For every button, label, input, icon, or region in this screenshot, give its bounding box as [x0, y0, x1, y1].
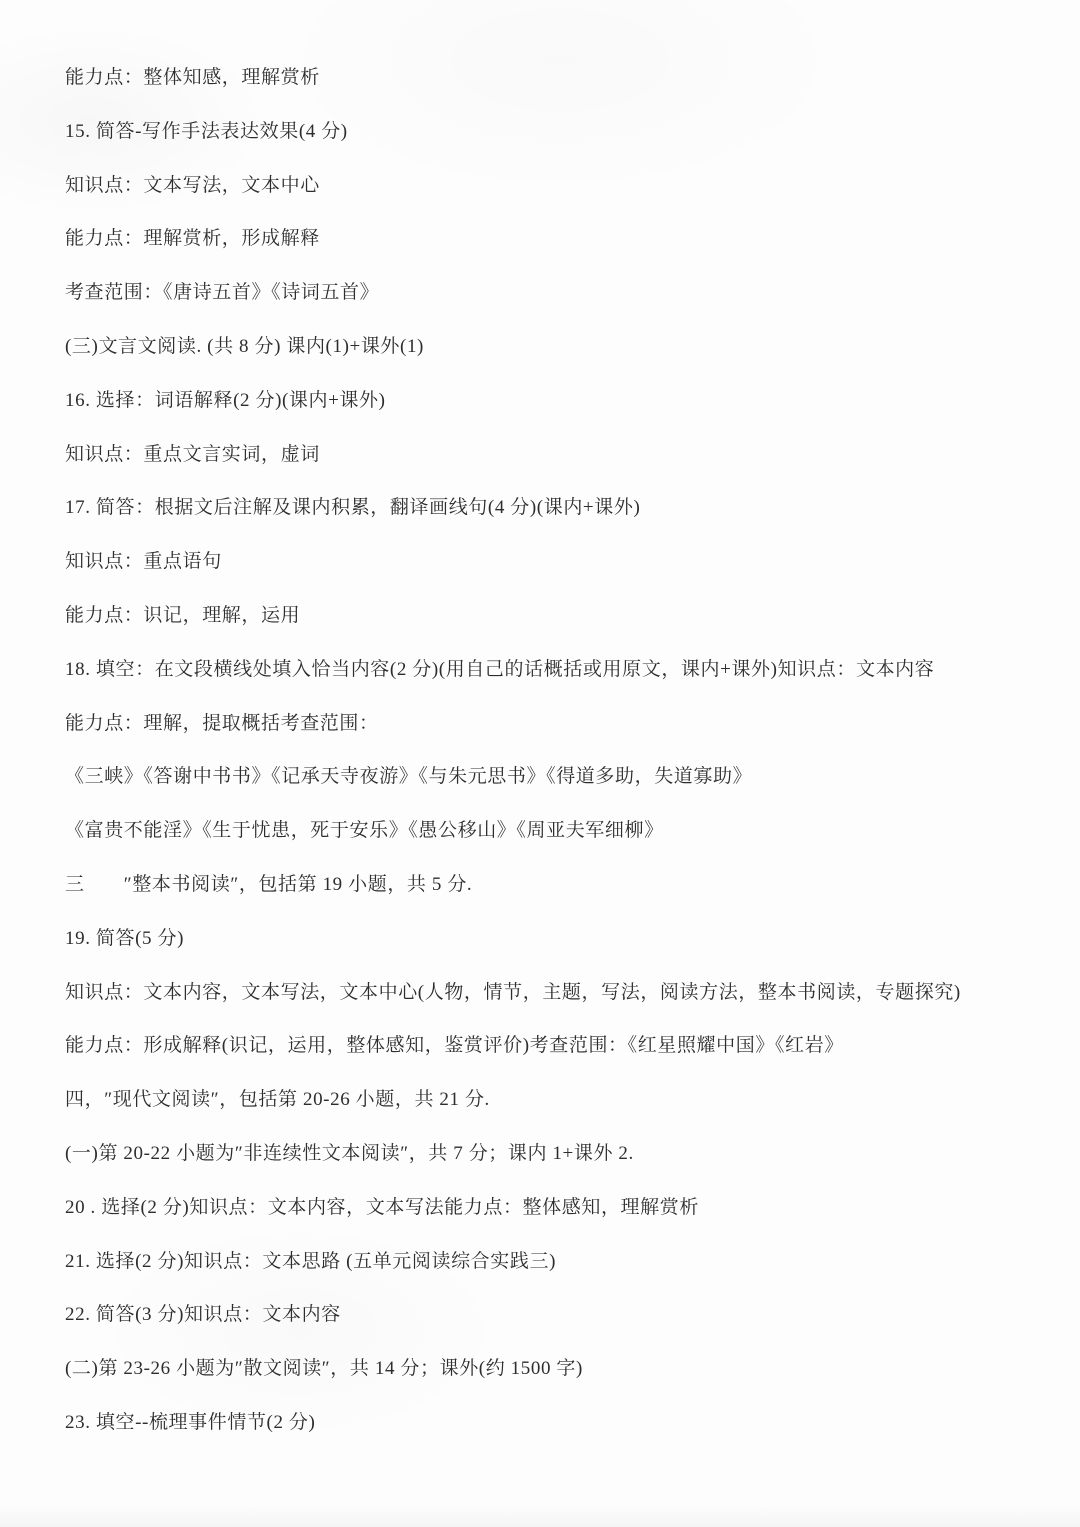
text-line: 知识点：文本内容，文本写法，文本中心(人物，情节，主题，写法，阅读方法，整本书阅… — [65, 966, 1050, 1020]
text-line: 23. 填空--梳理事件情节(2 分) — [65, 1396, 1050, 1450]
document-page: 能力点：整体知感，理解赏析15. 简答-写作手法表达效果(4 分)知识点：文本写… — [0, 0, 1080, 1527]
document-body: 能力点：整体知感，理解赏析15. 简答-写作手法表达效果(4 分)知识点：文本写… — [65, 51, 1050, 1450]
text-line: 22. 简答(3 分)知识点：文本内容 — [65, 1288, 1050, 1342]
text-line: 能力点：识记，理解，运用 — [65, 589, 1050, 643]
text-line: 21. 选择(2 分)知识点：文本思路 (五单元阅读综合实践三) — [65, 1235, 1050, 1289]
text-line: 三 ″整本书阅读″，包括第 19 小题，共 5 分. — [65, 858, 1050, 912]
text-line: (三)文言文阅读. (共 8 分) 课内(1)+课外(1) — [65, 320, 1050, 374]
text-line: (二)第 23-26 小题为″散文阅读″，共 14 分；课外(约 1500 字) — [65, 1342, 1050, 1396]
text-line: 能力点：形成解释(识记，运用，整体感知，鉴赏评价)考查范围：《红星照耀中国》《红… — [65, 1019, 1050, 1073]
text-line: 《富贵不能淫》《生于忧患，死于安乐》《愚公移山》《周亚夫军细柳》 — [65, 804, 1050, 858]
text-line: 知识点：重点文言实词，虚词 — [65, 428, 1050, 482]
text-line: 考查范围：《唐诗五首》《诗词五首》 — [65, 266, 1050, 320]
text-line: 能力点：理解，提取概括考查范围： — [65, 697, 1050, 751]
text-line: 16. 选择：词语解释(2 分)(课内+课外) — [65, 374, 1050, 428]
text-line: 20 . 选择(2 分)知识点：文本内容，文本写法能力点：整体感知，理解赏析 — [65, 1181, 1050, 1235]
text-line: (一)第 20-22 小题为″非连续性文本阅读″，共 7 分；课内 1+课外 2… — [65, 1127, 1050, 1181]
text-line: 知识点：重点语句 — [65, 535, 1050, 589]
text-line: 能力点：整体知感，理解赏析 — [65, 51, 1050, 105]
text-line: 能力点：理解赏析，形成解释 — [65, 212, 1050, 266]
text-line: 18. 填空：在文段横线处填入恰当内容(2 分)(用自己的话概括或用原文，课内+… — [65, 643, 1050, 697]
text-line: 《三峡》《答谢中书书》《记承天寺夜游》《与朱元思书》《得道多助，失道寡助》 — [65, 750, 1050, 804]
text-line: 15. 简答-写作手法表达效果(4 分) — [65, 105, 1050, 159]
text-line: 四，″现代文阅读″，包括第 20-26 小题，共 21 分. — [65, 1073, 1050, 1127]
text-line: 19. 简答(5 分) — [65, 912, 1050, 966]
text-line: 知识点：文本写法，文本中心 — [65, 159, 1050, 213]
text-line: 17. 简答：根据文后注解及课内积累，翻译画线句(4 分)(课内+课外) — [65, 481, 1050, 535]
